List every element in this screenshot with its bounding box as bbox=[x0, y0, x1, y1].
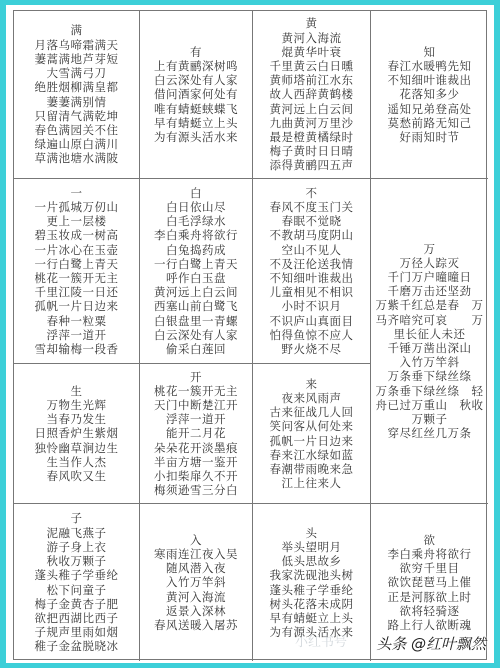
poem-line: 大雪满弓刀 bbox=[47, 66, 107, 80]
source-watermark: 头条 @红叶飘然 bbox=[376, 633, 486, 654]
poem-line: 最是橙黄橘绿时 bbox=[270, 130, 354, 144]
poem-line: 当春乃发生 bbox=[47, 412, 107, 426]
poem-line: 儿童相见不相识 bbox=[270, 285, 354, 299]
poem-line: 千门万户曈曈日 bbox=[388, 270, 472, 284]
poem-line: 九曲黄河万里沙 bbox=[270, 116, 354, 130]
cell-heading-character: 开 bbox=[190, 370, 202, 384]
poem-line: 春种一粒粟 bbox=[47, 314, 107, 328]
poem-line: 春风送暖入屠苏 bbox=[154, 618, 238, 632]
poem-line: 入竹万竿斜 bbox=[166, 575, 226, 589]
poem-line: 浮萍一道开 bbox=[47, 328, 107, 342]
cell-heading-character: 不 bbox=[306, 186, 318, 200]
cell-bu: 不春风不度玉门关春眠不觉晓不教胡马度阴山空山不见人不及汪伦送我情不知细叶谁裁出儿… bbox=[253, 179, 371, 364]
poem-line: 子规声里雨如烟 bbox=[35, 625, 119, 639]
poem-line: 游子身上衣 bbox=[47, 540, 107, 554]
poem-line: 添得黄鹂四五声 bbox=[270, 158, 354, 172]
poem-line: 松下问童子 bbox=[47, 583, 107, 597]
poem-line: 万紫千红总是春 万 bbox=[376, 298, 484, 312]
poem-line: 蓬头稚子学垂纶 bbox=[35, 568, 119, 582]
cell-heading-character: 欲 bbox=[424, 533, 436, 547]
poem-line: 万物生光辉 bbox=[47, 398, 107, 412]
poem-character-grid: 满月落乌啼霜满天萋蒿满地芦芽短大雪满弓刀绝胜烟柳满皇都萋萋满别情只留清气满乾坤春… bbox=[13, 10, 487, 660]
poem-line: 不识庐山真面目 bbox=[270, 314, 354, 328]
poem-line: 秋收万颗子 bbox=[47, 554, 107, 568]
poem-line: 树头花落未成阴 bbox=[270, 597, 354, 611]
poem-line: 呼作白玉盘 bbox=[166, 271, 226, 285]
poem-line: 万条垂下绿丝绦 轻 bbox=[376, 384, 484, 398]
cell-heading-character: 子 bbox=[71, 511, 83, 525]
poem-line: 一片孤城万仞山 bbox=[35, 200, 119, 214]
poem-line: 千磨万击还坚劲 bbox=[388, 284, 472, 298]
poem-line: 白云深处有人家 bbox=[154, 73, 238, 87]
poem-line: 春眠不觉晓 bbox=[282, 214, 342, 228]
cell-kai: 开桃花一簇开无主天门中断楚江开浮萍一道开能开二月花朵朵花开淡墨痕半亩方塘一鉴开小… bbox=[140, 364, 253, 504]
poem-line: 浮萍一道开 bbox=[166, 412, 226, 426]
poem-line: 低头思故乡 bbox=[282, 554, 342, 568]
cell-heading-character: 生 bbox=[71, 384, 83, 398]
poem-line: 欲穷千里目 bbox=[400, 561, 460, 575]
poem-line: 正是河豚欲上时 bbox=[388, 590, 472, 604]
cell-zhi: 知春江水暖鸭先知不知细叶谁裁出花落知多少遥知兄弟登高处莫愁前路无知己好雨知时节 bbox=[371, 11, 488, 179]
poem-line: 偷采白莲回 bbox=[166, 342, 226, 356]
poem-line: 泥融飞燕子 bbox=[47, 526, 107, 540]
poem-line: 碧玉妆成一树高 bbox=[35, 228, 119, 242]
poem-line: 黄师塔前江水东 bbox=[270, 73, 354, 87]
poem-line: 白兔捣药成 bbox=[166, 243, 226, 257]
poem-line: 花落知多少 bbox=[400, 87, 460, 101]
poem-line: 白银盘里一青螺 bbox=[154, 314, 238, 328]
cell-heading-character: 一 bbox=[71, 186, 83, 200]
poem-line: 为有源头活水来 bbox=[154, 130, 238, 144]
poem-line: 入竹万竿斜 bbox=[400, 355, 460, 369]
poem-line: 举头望明月 bbox=[282, 540, 342, 554]
poem-line: 江上往来人 bbox=[282, 476, 342, 490]
poem-line: 遥知兄弟登高处 bbox=[388, 102, 472, 116]
cell-bai: 白白日依山尽白毛浮绿水李白乘舟将欲行白兔捣药成一行白鹭上青天呼作白玉盘黄河远上白… bbox=[140, 179, 253, 364]
poem-line: 春色满园关不住 bbox=[35, 123, 119, 137]
poem-line: 穿尽红丝几万条 bbox=[388, 426, 472, 440]
poem-line: 莫愁前路无知己 bbox=[388, 116, 472, 130]
poem-line: 早有蜻蜓立上头 bbox=[270, 611, 354, 625]
poem-line: 舟已过万重山 秋收 bbox=[376, 398, 484, 412]
poem-line: 好雨知时节 bbox=[400, 130, 460, 144]
poem-line: 天门中断楚江开 bbox=[154, 398, 238, 412]
poem-line: 不知细叶谁裁出 bbox=[270, 271, 354, 285]
poem-line: 春来江水绿如蓝 bbox=[270, 448, 354, 462]
poem-line: 桃花一簇开无主 bbox=[35, 271, 119, 285]
cell-yi: 一一片孤城万仞山更上一层楼碧玉妆成一树高一片冰心在玉壶一行白鹭上青天桃花一簇开无… bbox=[14, 179, 140, 364]
poem-line: 生当作人杰 bbox=[47, 455, 107, 469]
poem-line: 黄河入海流 bbox=[282, 31, 342, 45]
cell-heading-character: 头 bbox=[306, 526, 318, 540]
poem-line: 古来征战几人回 bbox=[270, 405, 354, 419]
poem-line: 不及汪伦送我情 bbox=[270, 257, 354, 271]
poem-line: 早有蜻蜓立上头 bbox=[154, 116, 238, 130]
poem-line: 万颗子 bbox=[412, 412, 448, 426]
cell-you: 有上有黄鹂深树鸣白云深处有人家借问酒家何处有唯有蜻蜓蛱蝶飞早有蜻蜓立上头为有源头… bbox=[140, 11, 253, 179]
poem-line: 欲饮琵琶马上催 bbox=[388, 575, 472, 589]
poem-line: 不知细叶谁裁出 bbox=[388, 73, 472, 87]
poem-line: 怕得鱼惊不应人 bbox=[270, 328, 354, 342]
poem-line: 焜黄华叶衰 bbox=[282, 45, 342, 59]
poem-line: 返景入深林 bbox=[166, 604, 226, 618]
cell-sheng: 生万物生光辉当春乃发生日照香炉生紫烟独怜幽草涧边生生当作人杰春风吹又生 bbox=[14, 364, 140, 504]
poem-line: 千里江陵一日还 bbox=[35, 285, 119, 299]
poem-line: 一片冰心在玉壶 bbox=[35, 243, 119, 257]
poem-line: 黄河入海流 bbox=[166, 590, 226, 604]
poem-line: 唯有蜻蜓蛱蝶飞 bbox=[154, 102, 238, 116]
cell-heading-character: 入 bbox=[190, 533, 202, 547]
faint-watermark: 小红书号 bbox=[295, 631, 347, 650]
poem-line: 朵朵花开淡墨痕 bbox=[154, 441, 238, 455]
poem-line: 孤帆一片日边来 bbox=[35, 299, 119, 313]
cell-heading-character: 有 bbox=[190, 45, 202, 59]
cell-heading-character: 万 bbox=[424, 242, 436, 256]
poem-line: 半亩方塘一鉴开 bbox=[154, 455, 238, 469]
poem-line: 更上一层楼 bbox=[47, 214, 107, 228]
poem-line: 孤帆一片日边来 bbox=[270, 434, 354, 448]
poem-line: 千里黄云白日曛 bbox=[270, 59, 354, 73]
poem-line: 春江水暖鸭先知 bbox=[388, 59, 472, 73]
cell-zi: 子泥融飞燕子游子身上衣秋收万颗子蓬头稚子学垂纶松下问童子梅子金黄杏子肥欲把西湖比… bbox=[14, 504, 140, 661]
poem-line: 欲将轻骑逐 bbox=[400, 604, 460, 618]
poem-line: 梅须逊雪三分白 bbox=[154, 483, 238, 497]
poem-line: 萋蒿满地芦芽短 bbox=[35, 52, 119, 66]
poem-line: 故人西辞黄鹤楼 bbox=[270, 87, 354, 101]
poem-line: 笑问客从何处来 bbox=[270, 419, 354, 433]
poem-line: 随风潜入夜 bbox=[166, 561, 226, 575]
poem-line: 桃花一簇开无主 bbox=[154, 384, 238, 398]
poem-line: 一行白鹭上青天 bbox=[35, 257, 119, 271]
poem-line: 稚子金盆脱晓冰 bbox=[35, 639, 119, 653]
cell-ru: 入寒雨连江夜入吴随风潜入夜入竹万竿斜黄河入海流返景入深林春风送暖入屠苏 bbox=[140, 504, 253, 661]
poem-line: 寒雨连江夜入吴 bbox=[154, 547, 238, 561]
poem-line: 夜来风雨声 bbox=[282, 391, 342, 405]
poem-line: 我家洗砚池头树 bbox=[270, 568, 354, 582]
poem-line: 只留清气满乾坤 bbox=[35, 109, 119, 123]
poem-line: 空山不见人 bbox=[282, 243, 342, 257]
cell-heading-character: 知 bbox=[424, 45, 436, 59]
poem-line: 不教胡马度阴山 bbox=[270, 228, 354, 242]
cell-heading-character: 来 bbox=[306, 377, 318, 391]
poem-line: 日照香炉生紫烟 bbox=[35, 426, 119, 440]
poem-line: 蓬头稚子学垂纶 bbox=[270, 583, 354, 597]
poem-line: 小时不识月 bbox=[282, 299, 342, 313]
poem-line: 白云深处有人家 bbox=[154, 328, 238, 342]
poem-line: 西塞山前白鹭飞 bbox=[154, 299, 238, 313]
poem-line: 欲把西湖比西子 bbox=[35, 611, 119, 625]
poem-line: 黄河远上白云间 bbox=[270, 102, 354, 116]
cell-wan: 万万径人踪灭千门万户曈曈日千磨万击还坚劲万紫千红总是春 万马齐喑究可哀 万里长征… bbox=[371, 179, 488, 504]
poem-line: 白日依山尽 bbox=[166, 200, 226, 214]
poem-line: 万条垂下绿丝绦 bbox=[388, 369, 472, 383]
poem-line: 里长征人未还 bbox=[394, 327, 466, 341]
poem-line: 黄河远上白云间 bbox=[154, 285, 238, 299]
poem-line: 千锤万凿出深山 bbox=[388, 341, 472, 355]
poem-line: 野火烧不尽 bbox=[282, 342, 342, 356]
poem-line: 春风吹又生 bbox=[47, 469, 107, 483]
poem-line: 春风不度玉门关 bbox=[270, 200, 354, 214]
poem-line: 万径人踪灭 bbox=[400, 256, 460, 270]
poem-line: 借问酒家何处有 bbox=[154, 87, 238, 101]
poem-line: 草满池塘水满陂 bbox=[35, 151, 119, 165]
poem-line: 上有黄鹂深树鸣 bbox=[154, 59, 238, 73]
poem-line: 李白乘舟将欲行 bbox=[154, 228, 238, 242]
poem-line: 春潮带雨晚来急 bbox=[270, 462, 354, 476]
poem-line: 绝胜烟柳满皇都 bbox=[35, 80, 119, 94]
poem-line: 小扣柴扉久不开 bbox=[154, 469, 238, 483]
poem-line: 梅子黄时日日晴 bbox=[270, 144, 354, 158]
poem-line: 绿遍山原白满川 bbox=[35, 137, 119, 151]
poem-line: 路上行人欲断魂 bbox=[388, 618, 472, 632]
poem-line: 萋萋满别情 bbox=[47, 95, 107, 109]
cell-heading-character: 白 bbox=[190, 186, 202, 200]
poem-line: 一行白鹭上青天 bbox=[154, 257, 238, 271]
cell-heading-character: 满 bbox=[71, 23, 83, 37]
poem-line: 梅子金黄杏子肥 bbox=[35, 597, 119, 611]
poem-line: 白毛浮绿水 bbox=[166, 214, 226, 228]
cell-heading-character: 黄 bbox=[306, 16, 318, 30]
poem-line: 马齐喑究可哀 万 bbox=[376, 313, 484, 327]
cell-huang: 黄黄河入海流焜黄华叶衰千里黄云白日曛黄师塔前江水东故人西辞黄鹤楼黄河远上白云间九… bbox=[253, 11, 371, 179]
poem-line: 独怜幽草涧边生 bbox=[35, 441, 119, 455]
poem-line: 雪却输梅一段香 bbox=[35, 342, 119, 356]
cell-man: 满月落乌啼霜满天萋蒿满地芦芽短大雪满弓刀绝胜烟柳满皇都萋萋满别情只留清气满乾坤春… bbox=[14, 11, 140, 179]
poem-line: 月落乌啼霜满天 bbox=[35, 38, 119, 52]
cell-lai: 来夜来风雨声古来征战几人回笑问客从何处来孤帆一片日边来春来江水绿如蓝春潮带雨晚来… bbox=[253, 364, 371, 504]
poem-line: 李白乘舟将欲行 bbox=[388, 547, 472, 561]
poem-line: 能开二月花 bbox=[166, 426, 226, 440]
